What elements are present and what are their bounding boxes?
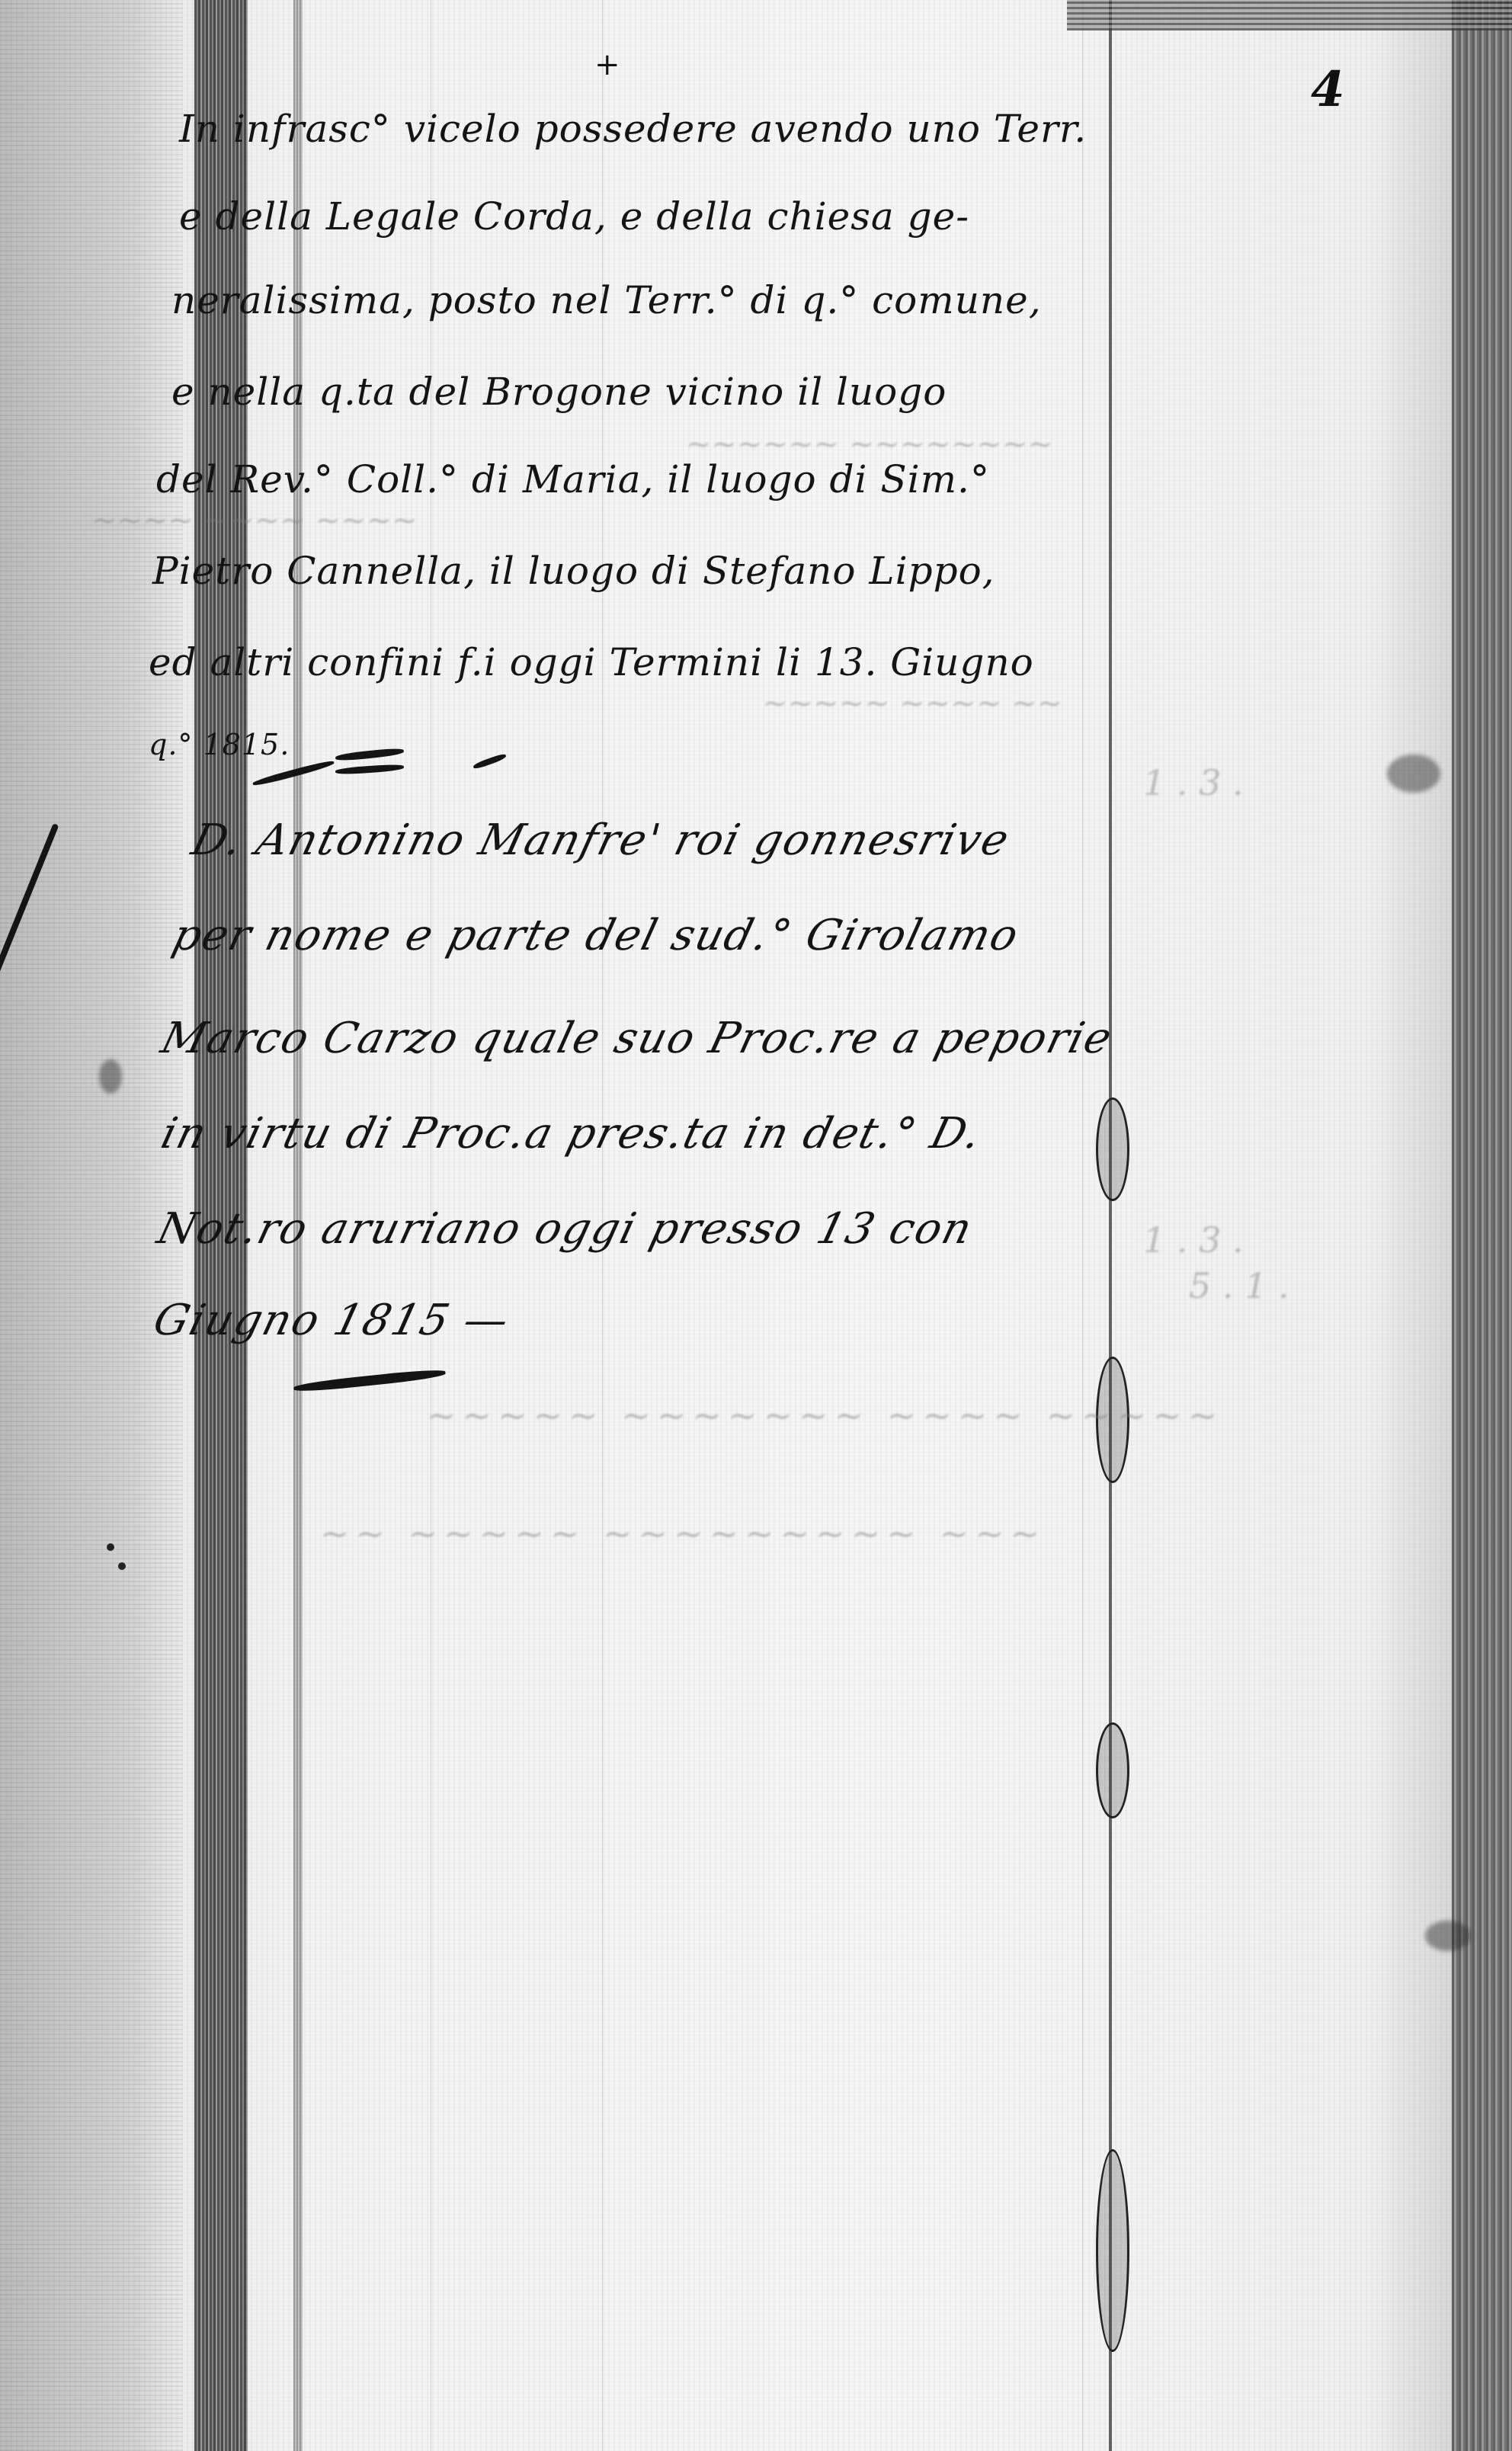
text-line: Not.ro aruriano oggi presso 13 con <box>152 1204 978 1254</box>
top-cross-mark: + <box>594 47 620 82</box>
left-page-shadow <box>0 0 183 2451</box>
text-line: ed altri confini f.i oggi Termini li 13.… <box>149 640 1034 684</box>
ink-speck <box>107 1543 114 1551</box>
underline-flourish <box>293 1368 446 1394</box>
text-line: Pietro Cannella, il luogo di Stefano Lip… <box>152 549 995 593</box>
manuscript-page: 4 + In infrasc° vicelo possedere avendo … <box>0 0 1512 2451</box>
text-line: In infrasc° vicelo possedere avendo uno … <box>179 107 1087 151</box>
margin-note: 5 . 1 . <box>1189 1265 1289 1306</box>
page-number: 4 <box>1311 61 1345 118</box>
text-line: e nella q.ta del Brogone vicino il luogo <box>171 370 947 414</box>
text-line: D. Antonino Manfre' roi gonnesrive <box>187 815 1015 865</box>
text-line: e della Legale Corda, e della chiesa ge- <box>179 194 969 239</box>
margin-ruled-line <box>1109 0 1112 2451</box>
top-page-edge <box>1067 0 1512 30</box>
right-page-edge <box>1452 0 1512 2451</box>
line-knot <box>1096 1722 1129 1818</box>
text-line: neralissima, posto nel Terr.° di q.° com… <box>171 278 1042 322</box>
text-line: per nome e parte del sud.° Girolamo <box>168 911 1024 960</box>
text-line: Giugno 1815 — <box>149 1296 515 1345</box>
ink-smudge <box>1387 755 1440 793</box>
text-line: in virtu di Proc.a pres.ta in det.° D. <box>156 1109 987 1158</box>
ink-speck <box>118 1562 126 1570</box>
flourish-stroke <box>472 753 507 771</box>
line-knot <box>1096 2149 1129 2352</box>
flourish-stroke <box>335 747 405 761</box>
text-line: del Rev.° Coll.° di Maria, il luogo di S… <box>156 457 990 501</box>
ink-smudge <box>99 1059 122 1094</box>
line-knot <box>1096 1097 1129 1201</box>
date-line: q.° 1815. <box>149 728 290 761</box>
margin-note: 1 . 3 . <box>1143 1219 1244 1261</box>
faint-ruled-line <box>1082 0 1083 2451</box>
margin-note: 1 . 3 . <box>1143 762 1244 803</box>
text-line: Marco Carzo quale suo Proc.re a peporie <box>156 1014 1118 1063</box>
ink-smudge <box>1425 1921 1471 1951</box>
flourish-stroke <box>335 764 404 775</box>
